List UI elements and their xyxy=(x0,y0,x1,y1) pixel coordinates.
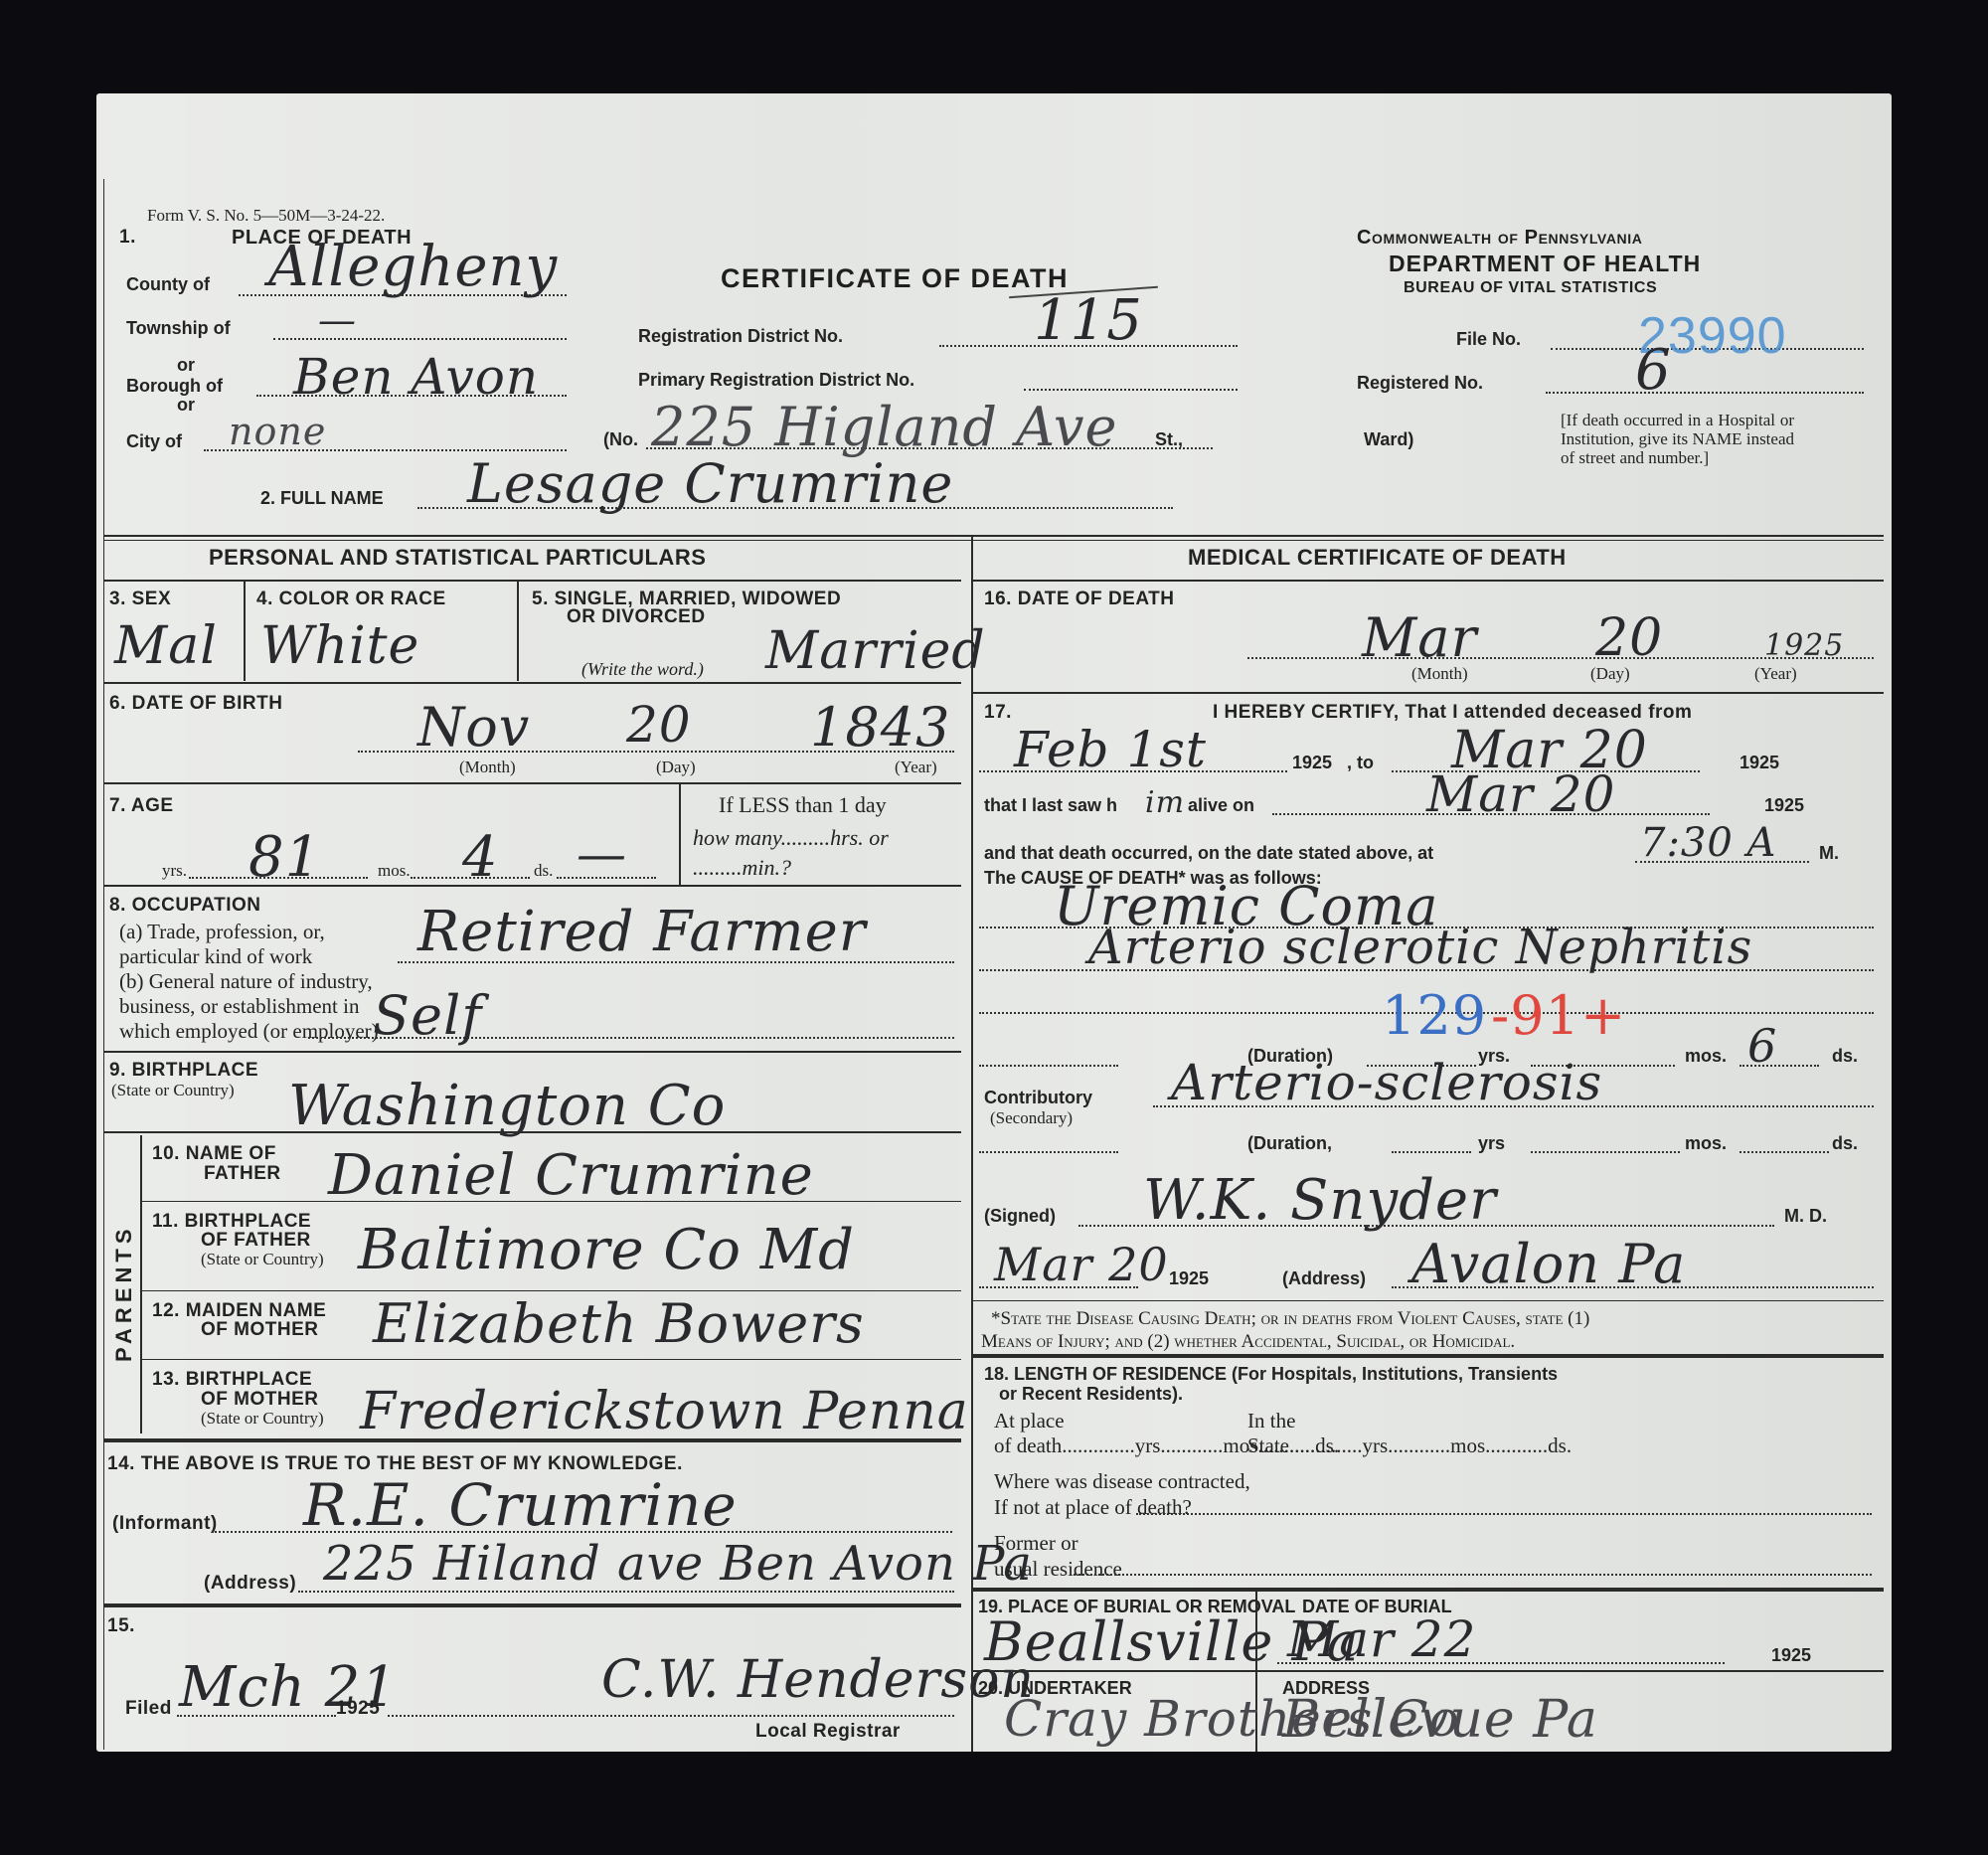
duration2-yrs-label: yrs xyxy=(1478,1133,1505,1154)
certificate-title: CERTIFICATE OF DEATH xyxy=(721,263,1069,294)
registered-no-value: 6 xyxy=(1635,338,1672,403)
occupation-value: Retired Farmer xyxy=(417,900,867,964)
contracted-line-1: Where was disease contracted, xyxy=(994,1469,1250,1494)
at-place-line-1: At place xyxy=(994,1409,1065,1433)
father-name-label-2: FATHER xyxy=(204,1163,281,1185)
age-years: 81 xyxy=(248,825,321,890)
age-label: 7. AGE xyxy=(109,795,174,817)
marital-status-value: Married xyxy=(765,621,986,681)
primary-registration-label: Primary Registration District No. xyxy=(638,370,914,391)
duration-ds-label: ds. xyxy=(1832,1046,1858,1067)
dob-month: Nov xyxy=(417,696,530,759)
full-name-label: 2. FULL NAME xyxy=(260,488,384,509)
dod-year-caption: (Year) xyxy=(1754,664,1797,684)
informant-address-value: 225 Hiland ave Ben Avon Pa xyxy=(323,1536,1033,1592)
signed-year: 1925 xyxy=(1169,1268,1209,1289)
physician-address-value: Avalon Pa xyxy=(1411,1233,1686,1295)
filed-year: 1925 xyxy=(336,1698,380,1720)
date-of-death-day: 20 xyxy=(1595,608,1663,668)
mother-name-value: Elizabeth Bowers xyxy=(373,1292,865,1355)
occupation-a-line-2: particular kind of work xyxy=(119,944,312,969)
borough-value: Ben Avon xyxy=(293,348,539,406)
marital-status-label-2: OR DIVORCED xyxy=(567,606,706,628)
duration2-ds-label: ds. xyxy=(1832,1133,1858,1154)
street-suffix-label: St., xyxy=(1155,429,1183,450)
marital-hint: (Write the word.) xyxy=(581,659,704,680)
mother-birthplace-label-1: 13. BIRTHPLACE xyxy=(152,1369,312,1391)
attended-from-value: Feb 1st xyxy=(1014,721,1207,778)
dob-day-caption: (Day) xyxy=(656,758,696,777)
section-number-15: 15. xyxy=(107,1615,135,1637)
last-saw-pronoun: im xyxy=(1145,785,1185,820)
registration-district-value: 115 xyxy=(1034,288,1143,353)
duration2-label: (Duration, xyxy=(1247,1133,1332,1154)
father-birthplace-value: Baltimore Co Md xyxy=(358,1218,855,1282)
age-days: — xyxy=(577,825,627,883)
footnote-line-1: *State the Disease Causing Death; or in … xyxy=(991,1308,1589,1330)
township-label: Township of xyxy=(126,318,231,339)
sex-label: 3. SEX xyxy=(109,589,171,610)
registration-district-label: Registration District No. xyxy=(638,326,843,347)
dob-year: 1843 xyxy=(810,696,950,759)
occupation-label: 8. OCCUPATION xyxy=(109,895,261,917)
section-number-1: 1. xyxy=(119,227,136,249)
mother-birthplace-label-2: OF MOTHER xyxy=(201,1389,319,1411)
in-state-line-2: State..............yrs............mos...… xyxy=(1247,1433,1572,1458)
city-value: none xyxy=(229,410,326,453)
occupation-a-line-1: (a) Trade, profession, or, xyxy=(119,920,325,944)
race-value: White xyxy=(260,616,419,676)
less-than-day-line-3: .........min.? xyxy=(693,855,791,881)
date-of-death-label: 16. DATE OF DEATH xyxy=(984,589,1174,610)
medical-section-title: MEDICAL CERTIFICATE OF DEATH xyxy=(1188,545,1567,571)
full-name-value: Lesage Crumrine xyxy=(467,452,953,515)
dob-year-caption: (Year) xyxy=(895,758,937,777)
physician-address-label: (Address) xyxy=(1282,1268,1366,1289)
contributory-sub-label: (Secondary) xyxy=(990,1108,1073,1128)
personal-section-title: PERSONAL AND STATISTICAL PARTICULARS xyxy=(209,545,706,571)
attended-to-year: 1925 xyxy=(1739,753,1779,773)
cause-of-death-2: Arterio sclerotic Nephritis xyxy=(1088,920,1752,975)
father-name-label-1: 10. NAME OF xyxy=(152,1143,276,1165)
burial-date-value: Mar 22 xyxy=(1287,1610,1476,1668)
or-label-1: or xyxy=(177,355,195,376)
residence-label-1: 18. LENGTH OF RESIDENCE (For Hospitals, … xyxy=(984,1364,1558,1385)
death-time-label: and that death occurred, on the date sta… xyxy=(984,843,1433,864)
dob-label: 6. DATE OF BIRTH xyxy=(109,693,282,715)
street-address-value: 225 Higland Ave xyxy=(651,396,1117,458)
age-yrs-caption: yrs. xyxy=(162,861,187,881)
registrar-signature: C.W. Henderson xyxy=(601,1650,1035,1710)
last-saw-label: that I last saw h xyxy=(984,795,1117,816)
burial-year: 1925 xyxy=(1771,1645,1811,1666)
informant-value: R.E. Crumrine xyxy=(303,1471,738,1539)
dob-month-caption: (Month) xyxy=(459,758,516,777)
attended-to-label: , to xyxy=(1347,753,1374,773)
birthplace-value: Washington Co xyxy=(288,1074,726,1138)
mother-name-label-2: OF MOTHER xyxy=(201,1319,319,1341)
department-label: DEPARTMENT OF HEALTH xyxy=(1389,251,1701,277)
filed-label: Filed xyxy=(125,1698,172,1720)
county-label: County of xyxy=(126,274,210,295)
occupation-b-line-2: business, or establishment in xyxy=(119,994,359,1019)
undertaker-address-value: Bellevue Pa xyxy=(1282,1690,1598,1750)
duration-mos-label: mos. xyxy=(1685,1046,1727,1067)
form-number: Form V. S. No. 5—50M—3-24-22. xyxy=(147,206,385,226)
duration-days-value: 6 xyxy=(1747,1019,1777,1073)
dob-day: 20 xyxy=(626,696,692,754)
registered-no-label: Registered No. xyxy=(1357,373,1483,394)
township-value: — xyxy=(318,298,357,342)
father-birthplace-sub-label: (State or Country) xyxy=(201,1250,324,1269)
file-no-label: File No. xyxy=(1456,329,1521,350)
former-residence-line-1: Former or xyxy=(994,1531,1078,1556)
date-of-death-month: Mar xyxy=(1362,606,1477,669)
ward-label: Ward) xyxy=(1364,429,1413,450)
dod-month-caption: (Month) xyxy=(1411,664,1468,684)
classification-code-red: -91+ xyxy=(1491,984,1626,1047)
birthplace-label: 9. BIRTHPLACE xyxy=(109,1060,258,1082)
in-state-line-1: In the xyxy=(1247,1409,1295,1433)
employer-value: Self xyxy=(373,984,482,1047)
hospital-note: [If death occurred in a Hospital or Inst… xyxy=(1561,411,1794,467)
dod-day-caption: (Day) xyxy=(1590,664,1630,684)
informant-label: (Informant) xyxy=(112,1513,218,1535)
father-birthplace-label-2: OF FATHER xyxy=(201,1230,311,1252)
father-name-value: Daniel Crumrine xyxy=(328,1143,814,1208)
parents-label: PARENTS xyxy=(111,1225,137,1363)
mother-birthplace-value: Frederickstown Penna xyxy=(360,1382,969,1441)
race-label: 4. COLOR OR RACE xyxy=(256,589,446,610)
former-residence-line-2: usual residence xyxy=(994,1557,1122,1582)
contracted-line-2: If not at place of death? xyxy=(994,1495,1192,1520)
death-time-suffix: M. xyxy=(1819,843,1839,864)
age-ds-caption: ds. xyxy=(534,861,553,881)
contributory-label: Contributory xyxy=(984,1088,1092,1108)
attended-from-year: 1925 xyxy=(1292,753,1332,773)
street-number-label: (No. xyxy=(603,429,638,450)
duration2-mos-label: mos. xyxy=(1685,1133,1727,1154)
md-label: M. D. xyxy=(1784,1206,1827,1227)
death-time-value: 7:30 A xyxy=(1640,820,1776,866)
date-of-death-year: 1925 xyxy=(1764,628,1844,663)
borough-label: Borough of xyxy=(126,376,223,397)
last-saw-year: 1925 xyxy=(1764,795,1804,816)
occupation-b-line-3: which employed (or employer) xyxy=(119,1019,379,1044)
alive-on-label: alive on xyxy=(1188,795,1254,816)
last-saw-date: Mar 20 xyxy=(1426,765,1615,823)
classification-code-blue: 129 xyxy=(1382,984,1487,1047)
residence-label-2: or Recent Residents). xyxy=(999,1384,1183,1405)
informant-address-label: (Address) xyxy=(204,1573,296,1595)
less-than-day-line-1: If LESS than 1 day xyxy=(719,792,887,818)
sex-value: Mal xyxy=(114,616,218,676)
age-mos-caption: mos. xyxy=(378,861,411,881)
local-registrar-label: Local Registrar xyxy=(755,1721,901,1743)
county-value: Allegheny xyxy=(268,235,558,299)
commonwealth-label: Commonwealth of Pennsylvania xyxy=(1357,227,1642,250)
or-label-2: or xyxy=(177,395,195,416)
footnote-line-2: Means of Injury; and (2) whether Acciden… xyxy=(981,1331,1515,1353)
signed-date-value: Mar 20 xyxy=(994,1238,1169,1291)
city-label: City of xyxy=(126,431,182,452)
age-months: 4 xyxy=(462,825,499,890)
less-than-day-line-2: how many.........hrs. or xyxy=(693,825,889,851)
birthplace-sub-label: (State or Country) xyxy=(111,1081,235,1100)
contributory-value: Arterio-sclerosis xyxy=(1171,1054,1602,1111)
physician-signature: W.K. Snyder xyxy=(1143,1168,1497,1233)
bureau-label: BUREAU OF VITAL STATISTICS xyxy=(1404,279,1657,297)
mother-birthplace-sub-label: (State or Country) xyxy=(201,1409,324,1429)
signed-label: (Signed) xyxy=(984,1206,1056,1227)
certification-number: 17. xyxy=(984,702,1012,724)
occupation-b-line-1: (b) General nature of industry, xyxy=(119,969,373,994)
